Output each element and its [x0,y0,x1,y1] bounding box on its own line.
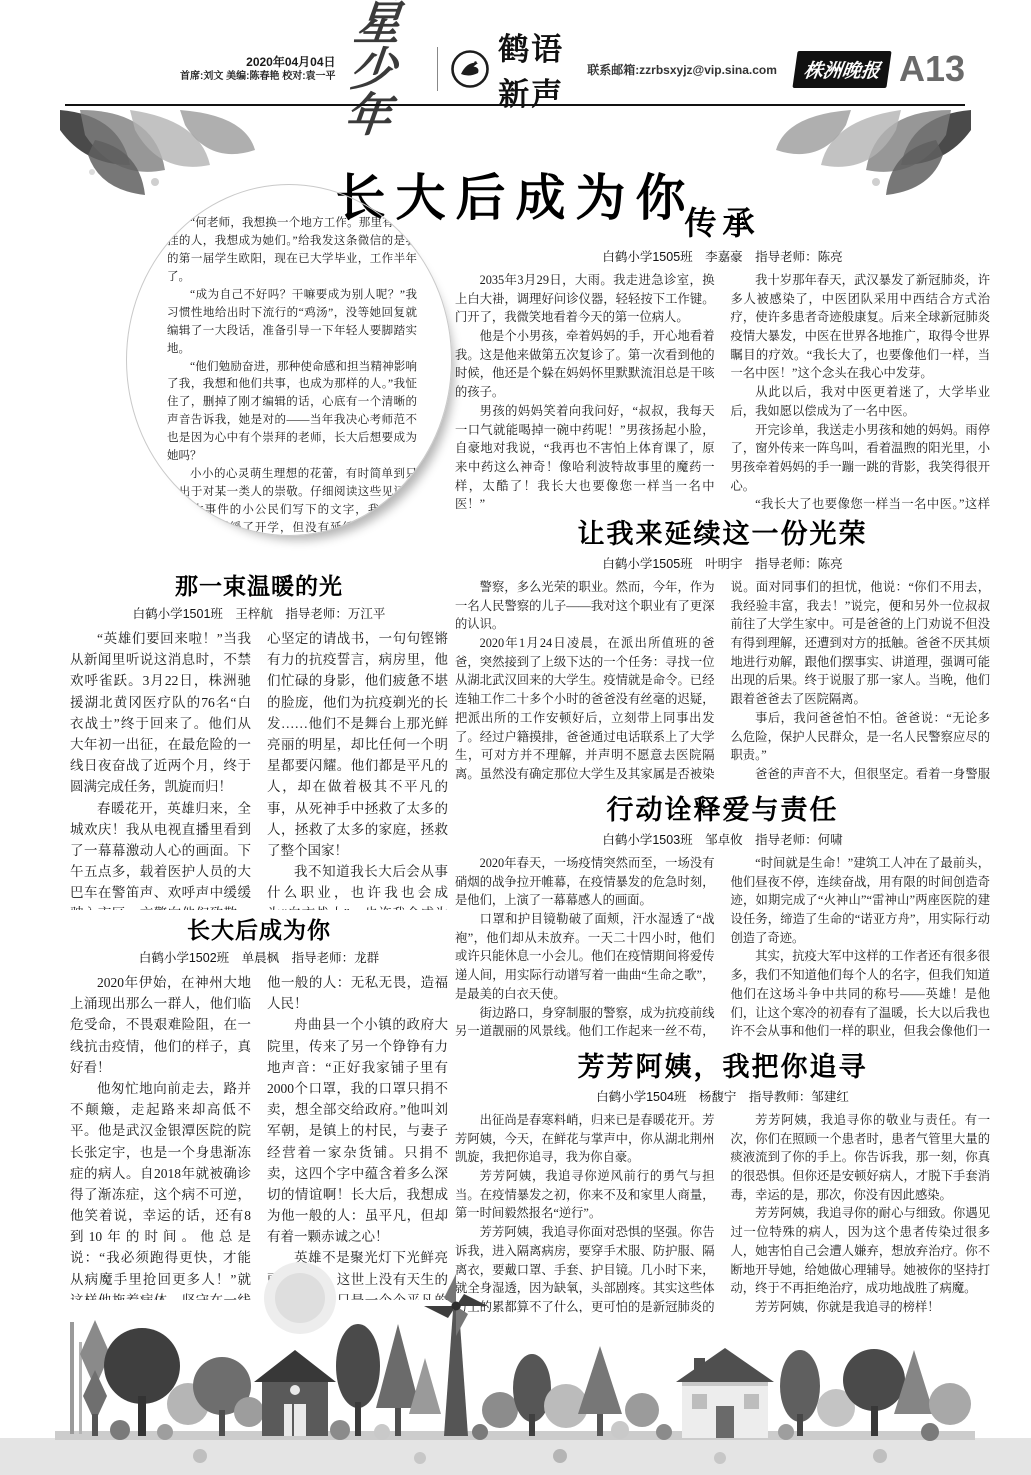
article-byline: 白鹤小学1501班 王梓航 指导老师：万江平 [70,604,448,622]
article-byline: 白鹤小学1504班 杨馥宁 指导教师：邹建红 [455,1087,990,1105]
newspaper-page: 2020年04月04日 首席:刘文 美编:陈春艳 校对:袁一平 ✦ 星少年 鹤语… [0,0,1031,1475]
article-byline: 白鹤小学1503班 邹卓攸 指导老师：何啸 [455,830,990,848]
newspaper-name-badge: 株洲晚报 [792,51,891,88]
article-guangrong: 让我来延续这一份光荣 白鹤小学1505班 叶明宇 指导老师：陈亮 警察，多么光荣… [455,512,990,786]
edition-credits: 2020年04月04日 首席:刘文 美编:陈春艳 校对:袁一平 [180,54,336,84]
header-rule [65,104,965,106]
issue-date: 2020年04月04日 [180,54,336,70]
article-byline: 白鹤小学1505班 叶明宇 指导老师：陈亮 [455,554,990,572]
article-title: 行动诠释爱与责任 [455,788,990,827]
article-body: 2020年伊始，在神州大地上涌现出那么一群人，他们临危受命，不畏艰难险阻，在一线… [70,972,448,1300]
article-title: 让我来延续这一份光荣 [455,512,990,551]
section-title: 鹤语新声 [498,24,569,114]
star-icon: ✦ [388,0,401,4]
contact-email: 联系邮箱:zzrbsxyjz@vip.sina.com [587,61,777,78]
page-header: 2020年04月04日 首席:刘文 美编:陈春艳 校对:袁一平 ✦ 星少年 鹤语… [65,38,965,100]
article-body: 2035年3月29日，大雨。我走进急诊室，换上白大褂，调理好问诊仪器，轻轻按下工… [455,271,990,510]
article-changdahou: 长大后成为你 白鹤小学1502班 单晨枫 指导老师：龙群 2020年伊始，在神州… [70,912,448,1300]
article-byline: 白鹤小学1505班 李嘉豪 指导老师：陈亮 [455,247,990,265]
article-title: 芳芳阿姨，我把你追寻 [455,1045,990,1084]
teacher-intro-bubble: “何老师，我想换一个地方工作。那里有我牵挂的人，我想成为她们。”给我发这条微信的… [126,184,452,536]
crane-bird-icon [450,49,490,89]
page-number: A13 [899,48,965,90]
village-illustration [0,1262,1031,1475]
article-xingdong: 行动诠释爱与责任 白鹤小学1503班 邹卓攸 指导老师：何啸 2020年春天，一… [455,788,990,1043]
article-title: 长大后成为你 [70,912,448,945]
intro-paragraphs: “何老师，我想换一个地方工作。那里有我牵挂的人，我想成为她们。”给我发这条微信的… [167,215,417,536]
article-body: “英雄们要回来啦！”当我从新闻里听说这消息时，不禁欢呼雀跃。3月22日，株洲驰援… [70,628,448,910]
article-chuancheng: 传承 白鹤小学1505班 李嘉豪 指导老师：陈亮 2035年3月29日，大雨。我… [455,198,990,510]
masthead-logo: ✦ 星少年 [342,0,428,138]
masthead-text: 星少年 [342,0,401,141]
article-body: 警察，多么光荣的职业。然而，今年，作为一名人民警察的儿子——我对这个职业有了更深… [455,578,990,786]
article-body: 2020年春天，一场疫情突然而至，一场没有硝烟的战争拉开帷幕，在疫情暴发的危急时… [455,854,990,1043]
staff-credits: 首席:刘文 美编:陈春艳 校对:袁一平 [180,70,336,84]
article-title: 传承 [455,198,990,244]
article-wennuandeguang: 那一束温暖的光 白鹤小学1501班 王梓航 指导老师：万江平 “英雄们要回来啦！… [70,568,448,910]
header-divider [437,47,439,91]
article-title: 那一束温暖的光 [70,568,448,601]
article-byline: 白鹤小学1502班 单晨枫 指导老师：龙群 [70,948,448,966]
